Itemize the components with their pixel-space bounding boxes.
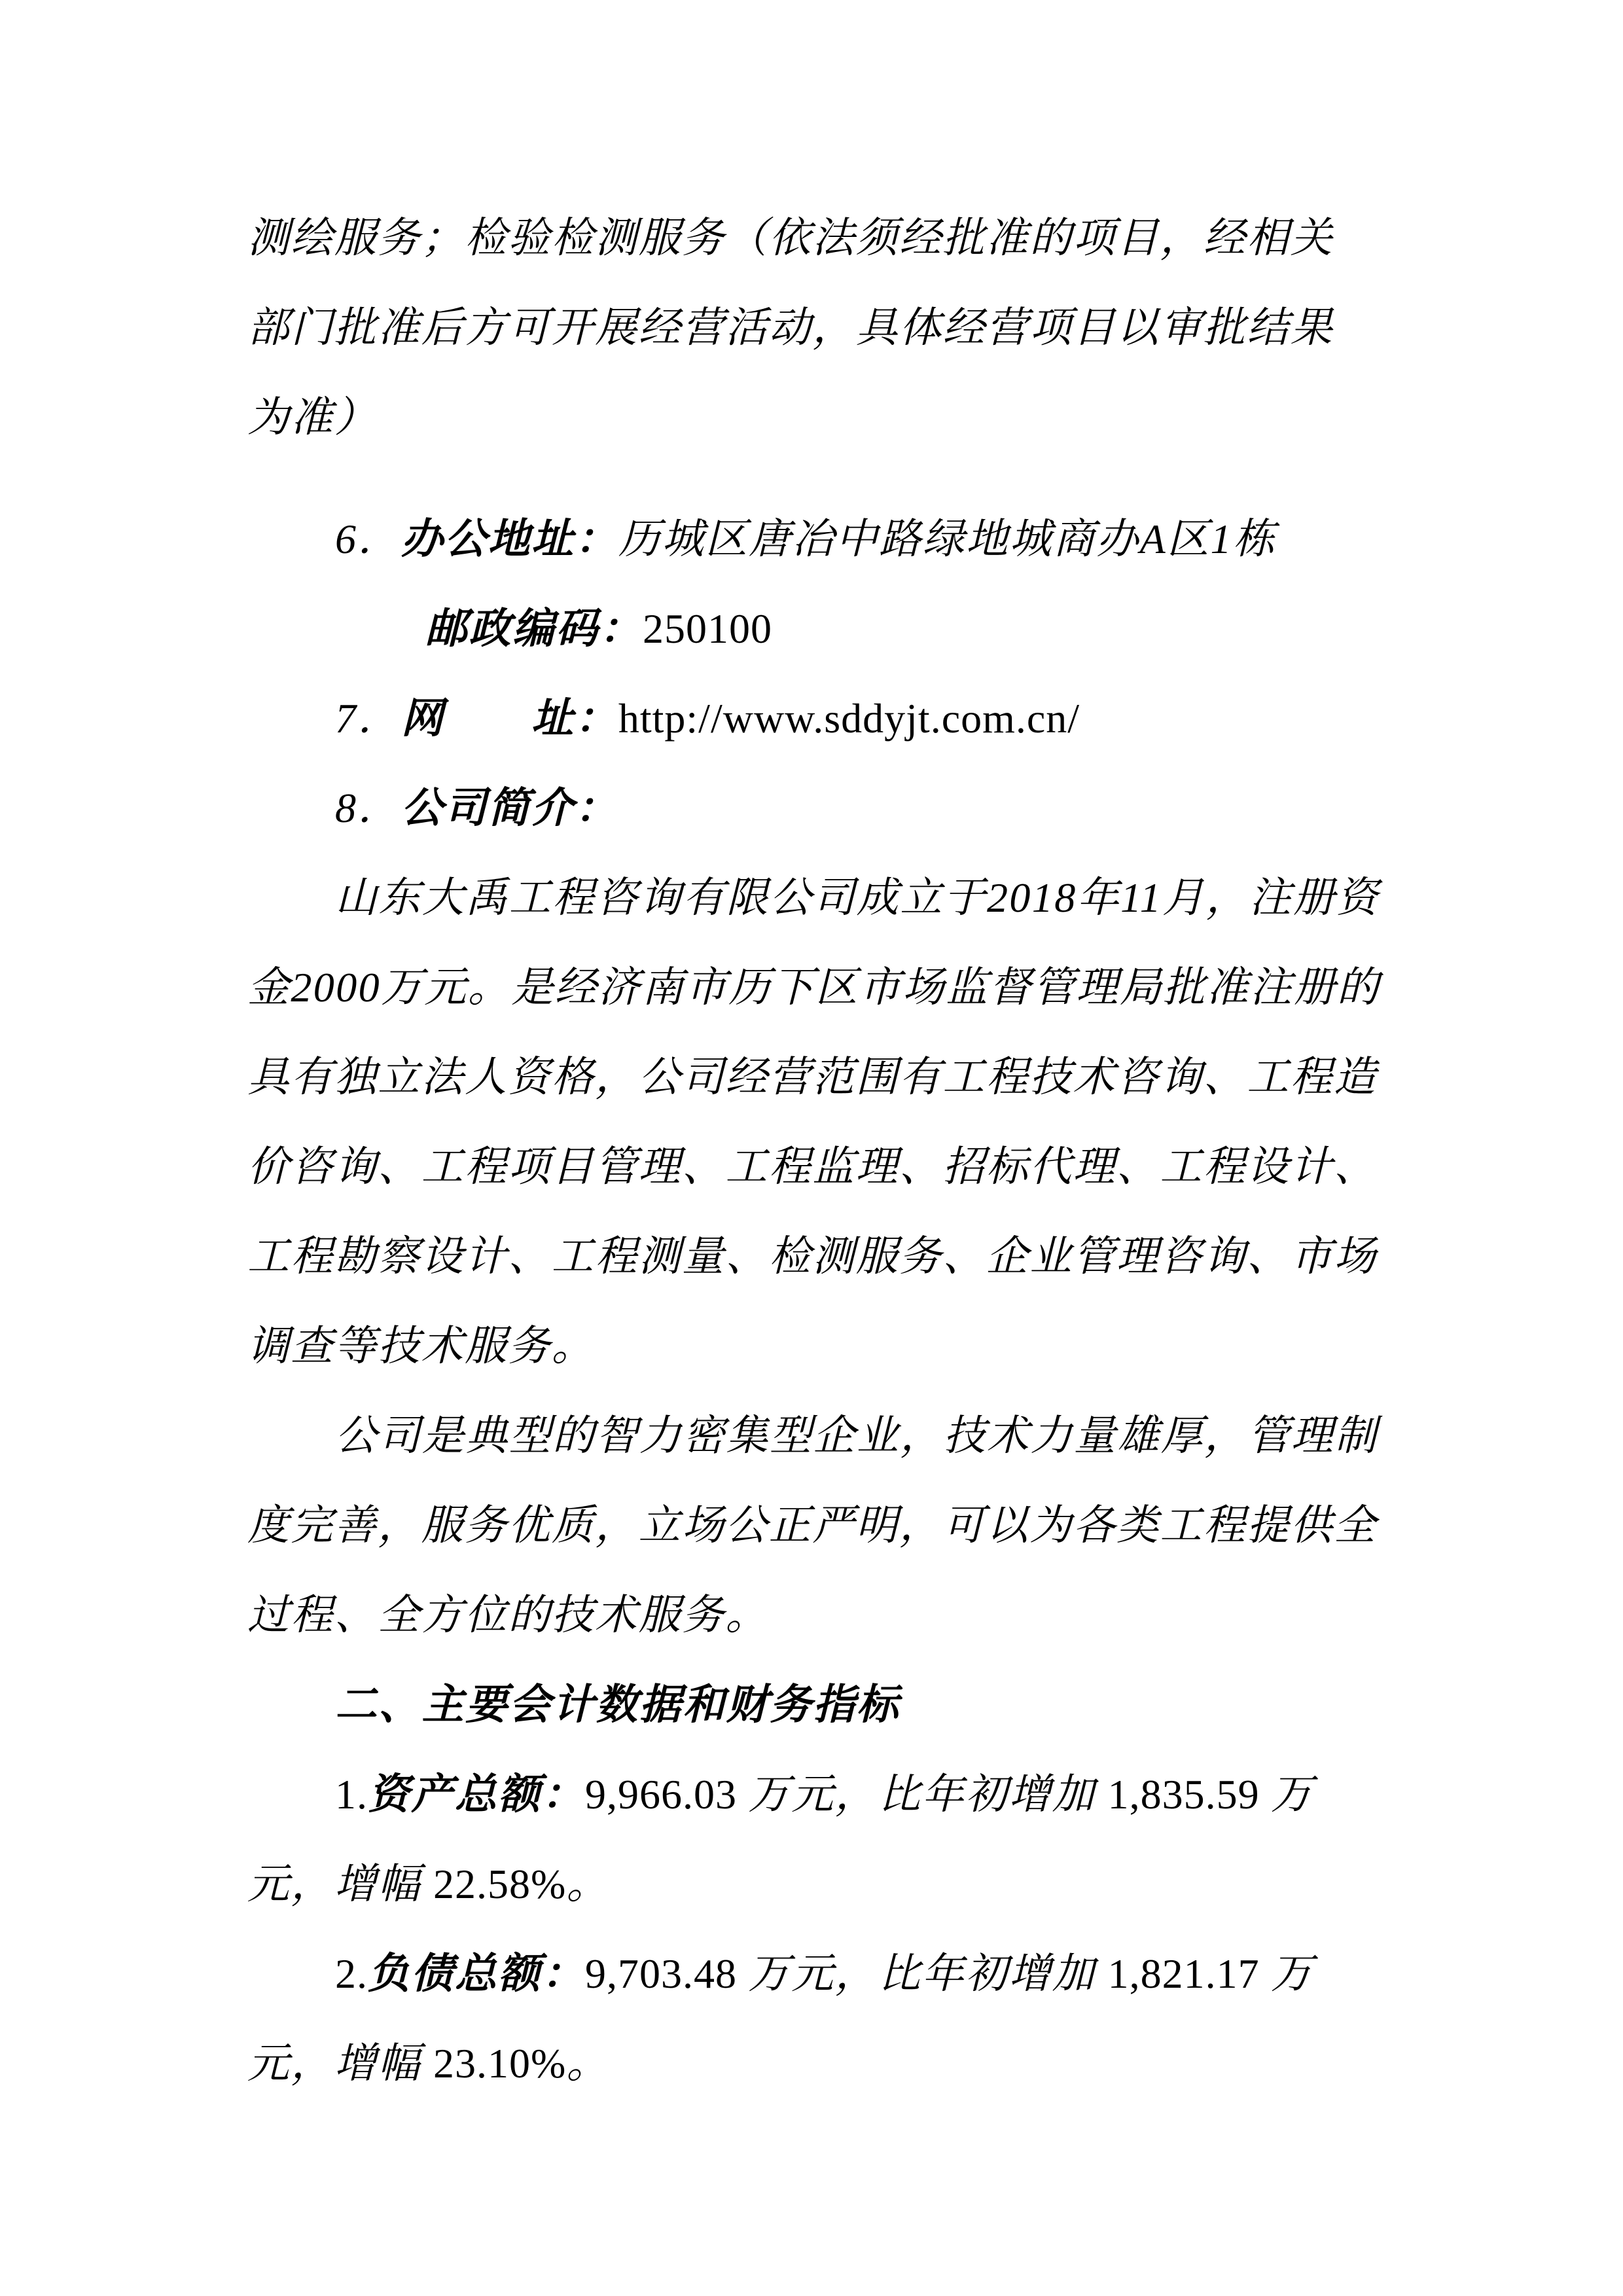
body-text: 万元，比年初增加 bbox=[748, 1950, 1108, 1997]
body-text: 6． bbox=[335, 516, 401, 562]
body-text: 山东大禹工程咨询有限公司成立于2018年11月，注册资 bbox=[335, 874, 1380, 921]
body-text: 22.58% bbox=[433, 1861, 566, 1907]
body-text: 过程、全方位的技术服务。 bbox=[247, 1592, 769, 1638]
body-text: 度完善，服务优质，立场公正严明，可以为各类工程提供全 bbox=[247, 1502, 1377, 1549]
body-text: 历城区唐冶中路绿地城商办A区1栋 bbox=[618, 516, 1277, 562]
label-text: 公司简介： bbox=[401, 785, 618, 831]
document-page: 测绘服务；检验检测服务（依法须经批准的项目，经相关部门批准后方可开展经营活动，具… bbox=[0, 0, 1623, 2296]
document-body: 测绘服务；检验检测服务（依法须经批准的项目，经相关部门批准后方可开展经营活动，具… bbox=[247, 193, 1399, 2108]
body-text: 。 bbox=[566, 2040, 609, 2087]
body-text: 万元，比年初增加 bbox=[748, 1771, 1108, 1818]
body-text: 8． bbox=[335, 785, 401, 831]
text-line: 山东大禹工程咨询有限公司成立于2018年11月，注册资 bbox=[247, 853, 1399, 942]
body-text: 测绘服务；检验检测服务（依法须经批准的项目，经相关 bbox=[247, 215, 1334, 261]
body-text: 1,821.17 bbox=[1108, 1950, 1271, 1997]
body-text: 金2000万元。是经济南市历下区市场监督管理局批准注册的 bbox=[247, 964, 1380, 1011]
body-text: 元，增幅 bbox=[247, 1861, 433, 1907]
text-line: 1.资产总额：9,966.03 万元，比年初增加 1,835.59 万 bbox=[247, 1749, 1399, 1839]
body-text: 部门批准后方可开展经营活动，具体经营项目以审批结果 bbox=[247, 304, 1334, 351]
text-line: 测绘服务；检验检测服务（依法须经批准的项目，经相关 bbox=[247, 193, 1399, 283]
text-line: 7．网 址：http://www.sddyjt.com.cn/ bbox=[247, 673, 1399, 763]
text-line: 过程、全方位的技术服务。 bbox=[247, 1570, 1399, 1660]
body-text: 公司是典型的智力密集型企业，技术力量雄厚，管理制 bbox=[335, 1412, 1378, 1459]
text-line: 金2000万元。是经济南市历下区市场监督管理局批准注册的 bbox=[247, 942, 1399, 1032]
body-text: 元，增幅 bbox=[247, 2040, 433, 2087]
label-text: 邮政编码： bbox=[425, 605, 643, 652]
text-line: 公司是典型的智力密集型企业，技术力量雄厚，管理制 bbox=[247, 1391, 1399, 1480]
body-text: 9,966.03 bbox=[585, 1771, 748, 1818]
body-text: 7． bbox=[335, 695, 401, 742]
text-line: 工程勘察设计、工程测量、检测服务、企业管理咨询、市场 bbox=[247, 1211, 1399, 1301]
text-line: 6．办公地址：历城区唐冶中路绿地城商办A区1栋 bbox=[247, 494, 1399, 584]
text-line: 价咨询、工程项目管理、工程监理、招标代理、工程设计、 bbox=[247, 1122, 1399, 1211]
text-line: 具有独立法人资格，公司经营范围有工程技术咨询、工程造 bbox=[247, 1032, 1399, 1122]
label-text: 资产总额： bbox=[368, 1771, 585, 1818]
body-text: 万 bbox=[1271, 1950, 1314, 1997]
text-line: 部门批准后方可开展经营活动，具体经营项目以审批结果 bbox=[247, 283, 1399, 372]
label-text: 网 址： bbox=[401, 695, 618, 742]
body-text: 价咨询、工程项目管理、工程监理、招标代理、工程设计、 bbox=[247, 1143, 1377, 1190]
body-text: 万 bbox=[1271, 1771, 1314, 1818]
text-line: 二、主要会计数据和财务指标 bbox=[247, 1660, 1399, 1749]
text-line: 元，增幅 23.10%。 bbox=[247, 2018, 1399, 2108]
text-line: 8．公司简介： bbox=[247, 763, 1399, 853]
label-text: 办公地址： bbox=[401, 516, 618, 562]
text-line: 邮政编码：250100 bbox=[247, 584, 1399, 673]
body-text: 1. bbox=[335, 1771, 368, 1818]
body-text: 为准） bbox=[247, 394, 378, 440]
text-line: 元，增幅 22.58%。 bbox=[247, 1839, 1399, 1929]
body-text: 。 bbox=[566, 1861, 609, 1907]
body-text: 具有独立法人资格，公司经营范围有工程技术咨询、工程造 bbox=[247, 1054, 1377, 1100]
body-text: 250100 bbox=[643, 605, 772, 652]
body-text: 1,835.59 bbox=[1108, 1771, 1271, 1818]
text-line: 调查等技术服务。 bbox=[247, 1301, 1399, 1391]
body-text: http://www.sddyjt.com.cn/ bbox=[618, 695, 1080, 742]
text-line: 度完善，服务优质，立场公正严明，可以为各类工程提供全 bbox=[247, 1480, 1399, 1570]
body-text: 9,703.48 bbox=[585, 1950, 748, 1997]
body-text: 工程勘察设计、工程测量、检测服务、企业管理咨询、市场 bbox=[247, 1233, 1377, 1280]
label-text: 二、主要会计数据和财务指标 bbox=[335, 1681, 900, 1728]
text-line: 为准） bbox=[247, 372, 1399, 462]
body-text: 23.10% bbox=[433, 2040, 566, 2087]
body-text: 2. bbox=[335, 1950, 368, 1997]
body-text: 调查等技术服务。 bbox=[247, 1323, 595, 1369]
label-text: 负债总额： bbox=[368, 1950, 585, 1997]
text-line: 2.负债总额：9,703.48 万元，比年初增加 1,821.17 万 bbox=[247, 1929, 1399, 2018]
